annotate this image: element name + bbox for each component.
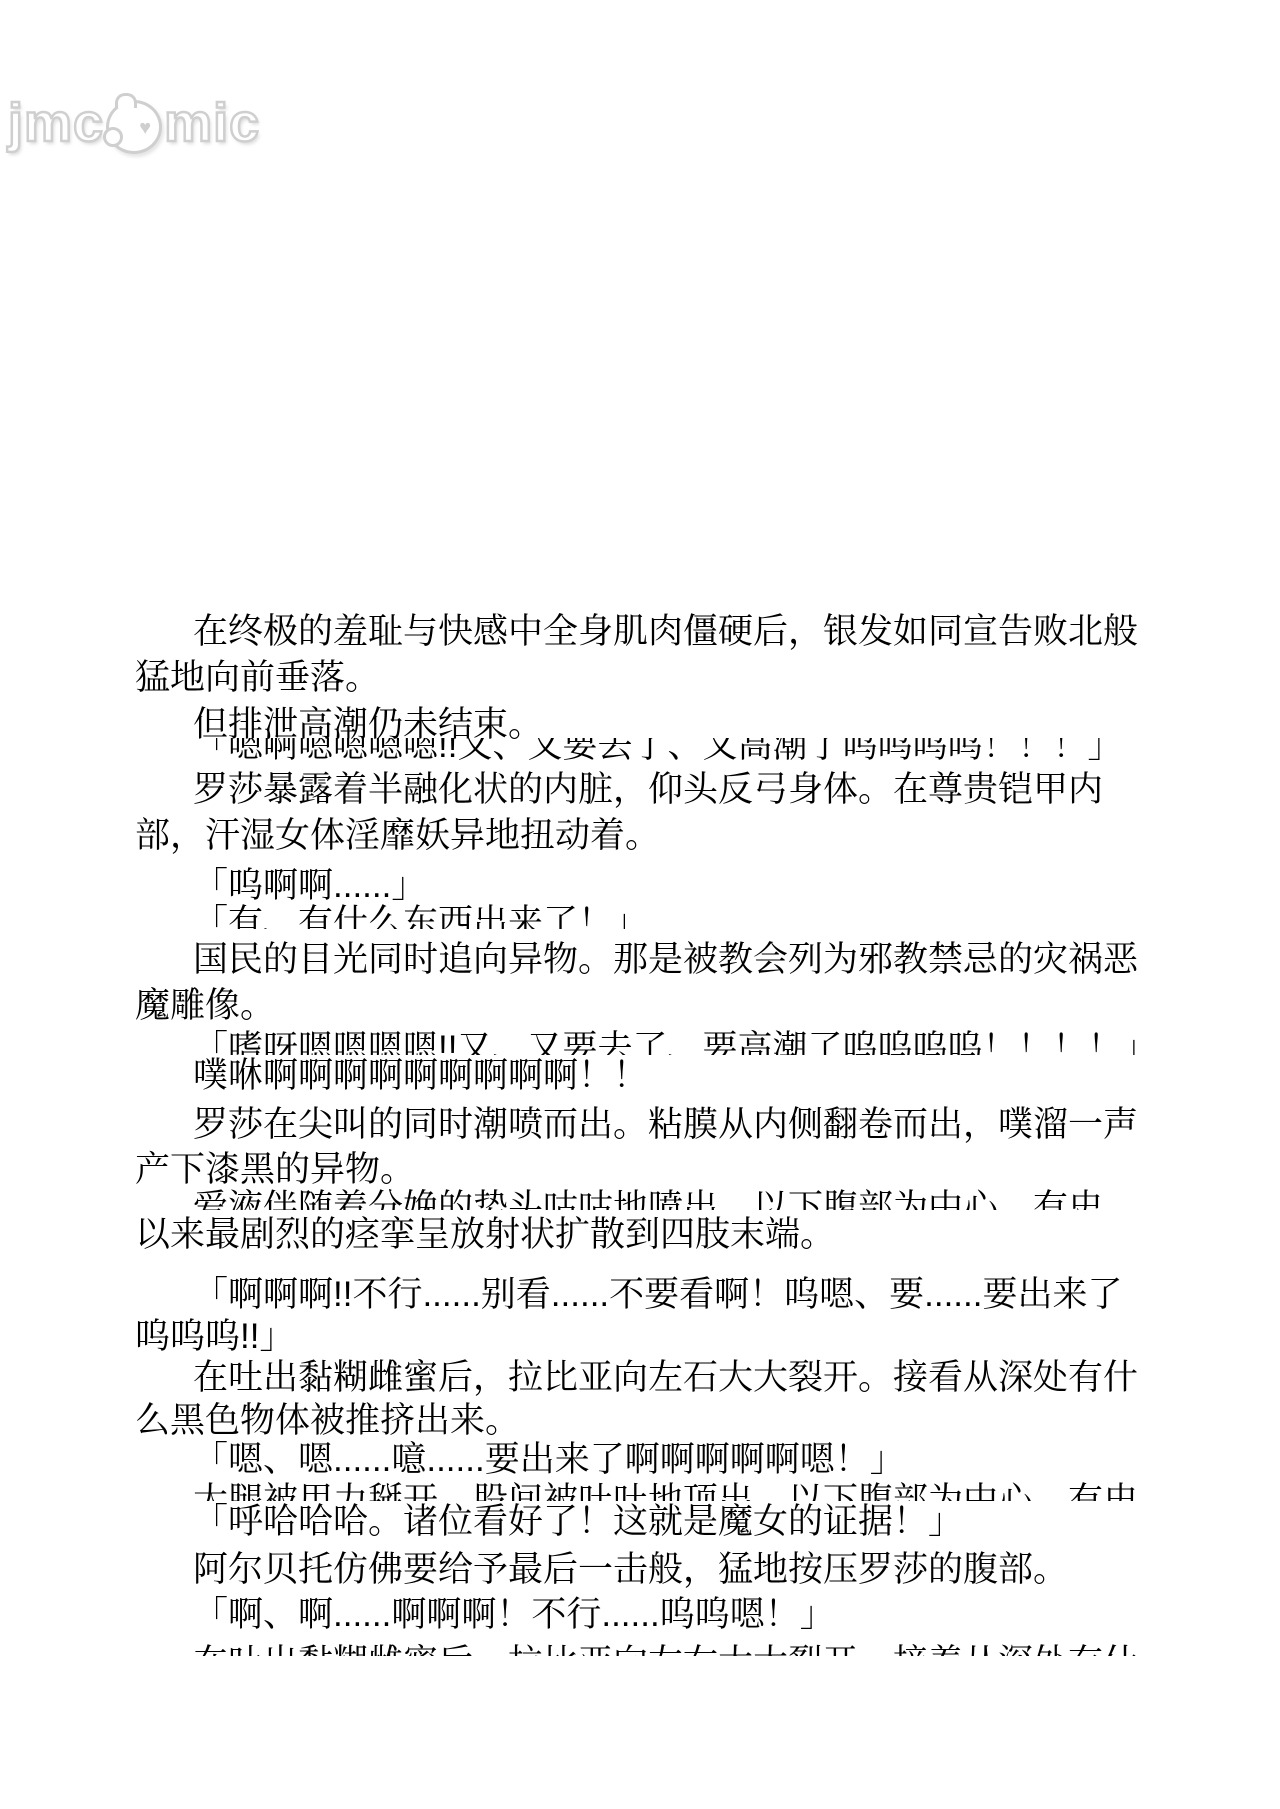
glitched-text-line: 在吐出黏糊雌蜜后，拉比亚向左右大大裂开，接着从深处有什 (193, 1643, 1273, 1656)
mascot-heart-eye: ♥ (139, 117, 152, 140)
watermark-text-left: jmc (8, 92, 104, 154)
text-line: 罗莎在尖叫的同时潮喷而出。粘膜从内侧翻卷而出，噗溜一声 (193, 1103, 1138, 1147)
glitched-text-line: 「嗜呀嗯嗯嗯嗯!!又、又要去了、要高潮了呜呜呜呜！！！！」 (193, 1027, 1253, 1055)
text-line: 在终极的羞耻与快感中全身肌肉僵硬后，银发如同宣告败北般 (193, 610, 1138, 654)
mascot-mouth (103, 127, 123, 147)
text-line: 「啊啊啊!!不行......别看......不要看啊！呜嗯、要......要出来… (193, 1273, 1122, 1317)
text-line: 部，汗湿女体淫靡妖异地扭动着。 (135, 814, 660, 858)
text-line: 「啊、啊......啊啊啊！不行......呜呜嗯！」 (193, 1593, 835, 1637)
text-line: 「嗯、嗯......噫......要出来了啊啊啊啊啊嗯！」 (193, 1438, 905, 1482)
glitched-text-line: 「嗯啊嗯嗯嗯嗯!!又、又要去了、又高潮了呜呜呜呜！！！」 (193, 738, 1203, 762)
text-line: 猛地向前垂落。 (135, 656, 380, 700)
jmcomic-watermark: jmc ♥ mic (8, 92, 260, 154)
glitched-text-line: 爱液伴随着分娩的势头咕咕地喷出。以下腹部为中心，有史 (193, 1186, 1203, 1210)
text-line: 罗莎暴露着半融化状的内脏，仰头反弓身体。在尊贵铠甲内 (193, 768, 1103, 812)
text-line: 噗咻啊啊啊啊啊啊啊啊啊！！ (193, 1054, 648, 1098)
text-line: 么黑色物体被推挤出来。 (135, 1399, 520, 1443)
glitched-text-line: 「有、有什么东西出来了！」 (193, 901, 1203, 929)
text-line: 阿尔贝托仿佛要给予最后一击般，猛地按压罗莎的腹部。 (193, 1548, 1068, 1592)
glitched-text-line: 大腿被用力掰开，股间被吐吐地顶出，以下腹部为中心，有史 (193, 1479, 1203, 1501)
watermark-text-right: mic (164, 92, 260, 154)
text-line: 呜呜呜!!」 (135, 1315, 294, 1359)
novel-page: jmc ♥ mic 在终极的羞耻与快感中全身肌肉僵硬后，银发如同宣告败北般 猛地… (0, 0, 1280, 1809)
text-line: 在吐出黏糊雌蜜后，拉比亚向左石大大裂开。接看从深处有什 (193, 1356, 1138, 1400)
text-line: 魔雕像。 (135, 984, 275, 1028)
text-line: 以来最剧烈的痉挛呈放射状扩散到四肢末端。 (135, 1213, 835, 1257)
text-line: 「呼哈哈哈。诸位看好了！这就是魔女的证据！」 (193, 1500, 963, 1544)
fish-mascot-icon: ♥ (106, 100, 162, 154)
text-line: 国民的目光同时追向异物。那是被教会列为邪教禁忌的灾祸恶 (193, 938, 1138, 982)
